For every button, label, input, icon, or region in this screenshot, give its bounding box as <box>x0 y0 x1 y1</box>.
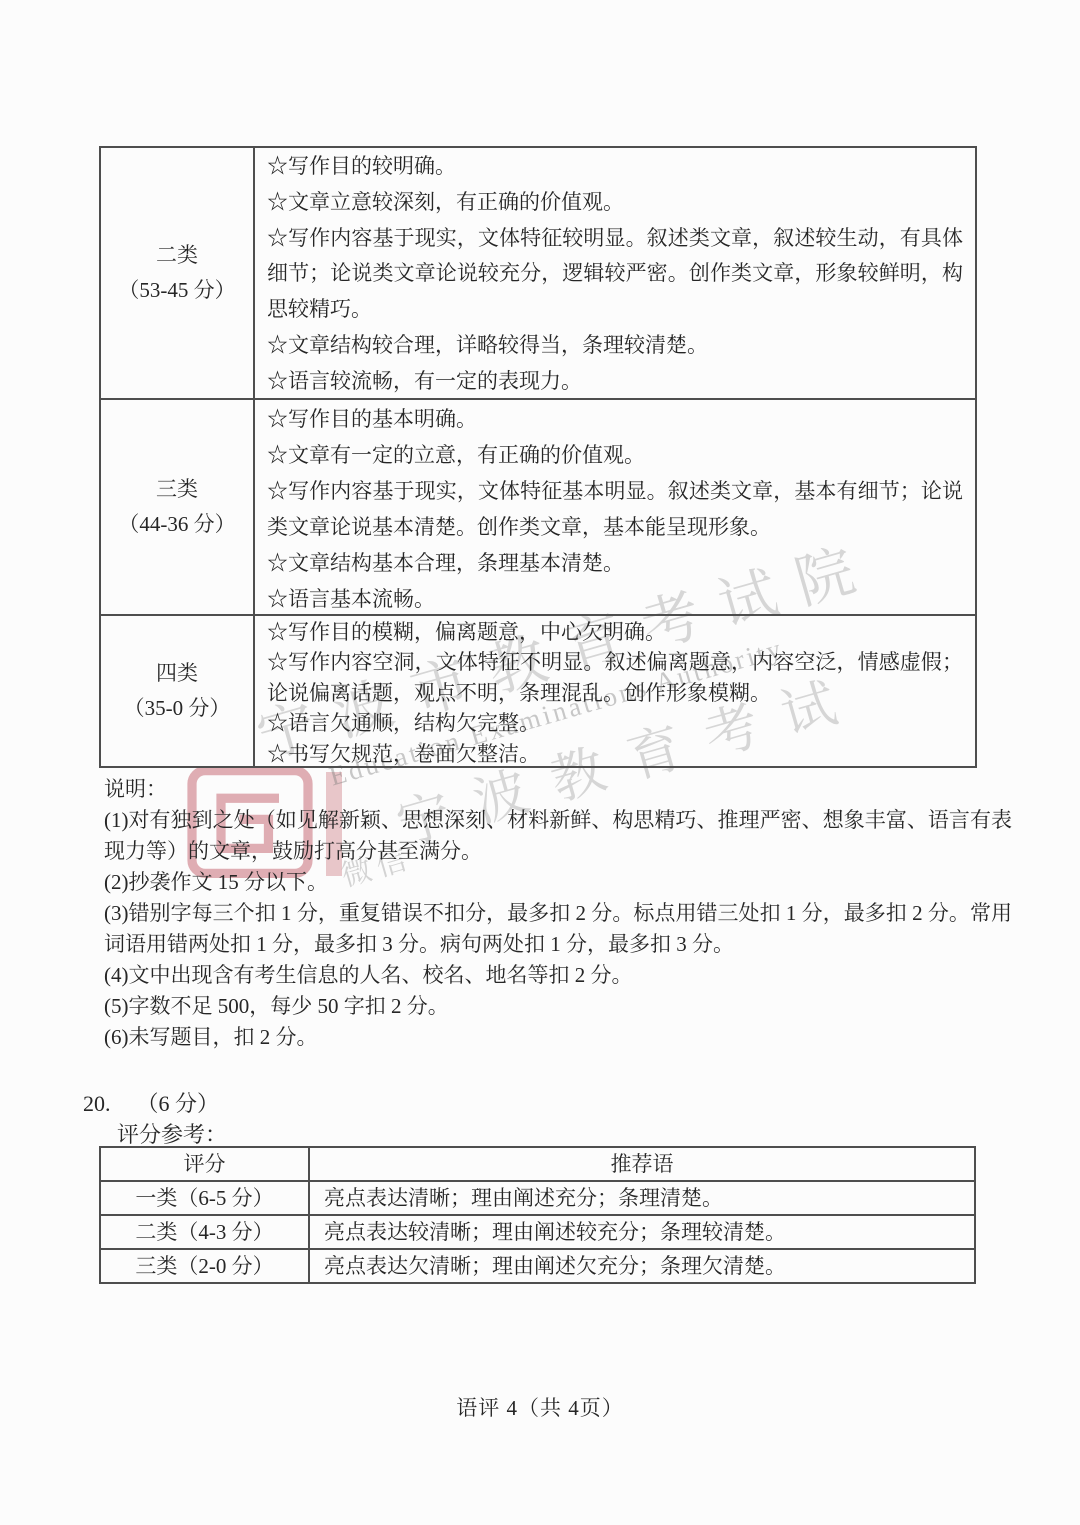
rubric-criteria-cell: ☆写作目的模糊，偏离题意，中心欠明确。 ☆写作内容空洞，文体特征不明显。叙述偏离… <box>255 616 975 766</box>
question-20-heading: 20.（6 分） <box>83 1087 219 1118</box>
note-item: (1)对有独到之处（如见解新颖、思想深刻、材料新鲜、构思精巧、推理严密、想象丰富… <box>104 805 1012 867</box>
ref-table-row: 三类（2-0 分） 亮点表达欠清晰；理由阐述欠充分；条理欠清楚。 <box>101 1248 974 1282</box>
rubric-category-label: 二类 <box>156 243 198 268</box>
scoring-reference-label: 评分参考： <box>117 1118 227 1149</box>
ref-table-row: 一类（6-5 分） 亮点表达清晰；理由阐述充分；条理清楚。 <box>101 1180 974 1214</box>
note-item: (2)抄袭作文 15 分以下。 <box>104 867 1012 898</box>
document-content: 二类 （53-45 分） ☆写作目的较明确。 ☆文章立意较深刻，有正确的价值观。… <box>0 0 1080 1525</box>
rubric-row-tier2: 二类 （53-45 分） ☆写作目的较明确。 ☆文章立意较深刻，有正确的价值观。… <box>101 148 975 398</box>
rubric-category-label: 三类 <box>156 477 198 502</box>
rubric-criterion: ☆语言较流畅，有一定的表现力。 <box>267 364 963 398</box>
rubric-criterion: ☆写作内容基于现实，文体特征较明显。叙述类文章，叙述较生动，有具体细节；论说类文… <box>267 221 963 328</box>
rubric-criterion: ☆写作目的较明确。 <box>267 149 963 185</box>
note-item: (5)字数不足 500，每少 50 字扣 2 分。 <box>104 991 1012 1022</box>
ref-table-row: 二类（4-3 分） 亮点表达较清晰；理由阐述较充分；条理较清楚。 <box>101 1214 974 1248</box>
rubric-row-tier4: 四类 （35-0 分） ☆写作目的模糊，偏离题意，中心欠明确。 ☆写作内容空洞，… <box>101 614 975 766</box>
ref-row-score: 一类（6-5 分） <box>101 1182 310 1214</box>
ref-row-desc: 亮点表达较清晰；理由阐述较充分；条理较清楚。 <box>310 1216 974 1248</box>
rubric-score-range: （35-0 分） <box>124 696 231 721</box>
rubric-criterion: ☆文章立意较深刻，有正确的价值观。 <box>267 185 963 221</box>
rubric-criteria-cell: ☆写作目的基本明确。 ☆文章有一定的立意，有正确的价值观。 ☆写作内容基于现实，… <box>255 400 975 614</box>
ref-row-desc: 亮点表达欠清晰；理由阐述欠充分；条理欠清楚。 <box>310 1250 974 1282</box>
note-item: (6)未写题目，扣 2 分。 <box>104 1022 1012 1053</box>
rubric-category-cell: 二类 （53-45 分） <box>101 148 255 398</box>
page-footer: 语评 4（共 4页） <box>0 1392 1080 1422</box>
rubric-category-cell: 三类 （44-36 分） <box>101 400 255 614</box>
note-item: (4)文中出现含有考生信息的人名、校名、地名等扣 2 分。 <box>104 960 1012 991</box>
rubric-criterion: ☆写作目的基本明确。 <box>267 401 963 437</box>
ref-header-score: 评分 <box>101 1148 310 1180</box>
rubric-criterion: ☆写作目的模糊，偏离题意，中心欠明确。 <box>267 617 963 647</box>
rubric-score-range: （44-36 分） <box>118 512 235 537</box>
rubric-category-cell: 四类 （35-0 分） <box>101 616 255 766</box>
ref-header-recommendation: 推荐语 <box>310 1148 974 1180</box>
rubric-category-label: 四类 <box>156 661 198 686</box>
rubric-criterion: ☆书写欠规范，卷面欠整洁。 <box>267 739 963 766</box>
rubric-criterion: ☆文章结构较合理，详略较得当，条理较清楚。 <box>267 328 963 364</box>
question-number: 20. <box>83 1091 111 1116</box>
grading-notes: 说明： (1)对有独到之处（如见解新颖、思想深刻、材料新鲜、构思精巧、推理严密、… <box>104 774 1012 1053</box>
rubric-criterion: ☆语言欠通顺，结构欠完整。 <box>267 708 963 738</box>
ref-row-score: 三类（2-0 分） <box>101 1250 310 1282</box>
rubric-criterion: ☆写作内容基于现实，文体特征基本明显。叙述类文章，基本有细节；论说类文章论说基本… <box>267 473 963 545</box>
rubric-score-range: （53-45 分） <box>118 278 235 303</box>
notes-label: 说明： <box>104 774 1012 805</box>
document-page: 宁波市教育考试院 Education Examinations Authorit… <box>0 0 1080 1525</box>
question-score: （6 分） <box>137 1091 220 1116</box>
ref-table-header-row: 评分 推荐语 <box>101 1148 974 1180</box>
essay-rubric-table: 二类 （53-45 分） ☆写作目的较明确。 ☆文章立意较深刻，有正确的价值观。… <box>99 146 977 768</box>
ref-row-desc: 亮点表达清晰；理由阐述充分；条理清楚。 <box>310 1182 974 1214</box>
rubric-row-tier3: 三类 （44-36 分） ☆写作目的基本明确。 ☆文章有一定的立意，有正确的价值… <box>101 398 975 614</box>
rubric-criterion: ☆语言基本流畅。 <box>267 581 963 614</box>
rubric-criteria-cell: ☆写作目的较明确。 ☆文章立意较深刻，有正确的价值观。 ☆写作内容基于现实，文体… <box>255 148 975 398</box>
rubric-criterion: ☆文章有一定的立意，有正确的价值观。 <box>267 437 963 473</box>
recommendation-score-table: 评分 推荐语 一类（6-5 分） 亮点表达清晰；理由阐述充分；条理清楚。 二类（… <box>99 1146 976 1284</box>
rubric-criterion: ☆文章结构基本合理，条理基本清楚。 <box>267 545 963 581</box>
note-item: (3)错别字每三个扣 1 分，重复错误不扣分，最多扣 2 分。标点用错三处扣 1… <box>104 898 1012 960</box>
ref-row-score: 二类（4-3 分） <box>101 1216 310 1248</box>
rubric-criterion: ☆写作内容空洞，文体特征不明显。叙述偏离题意，内容空泛，情感虚假；论说偏离话题，… <box>267 647 963 708</box>
